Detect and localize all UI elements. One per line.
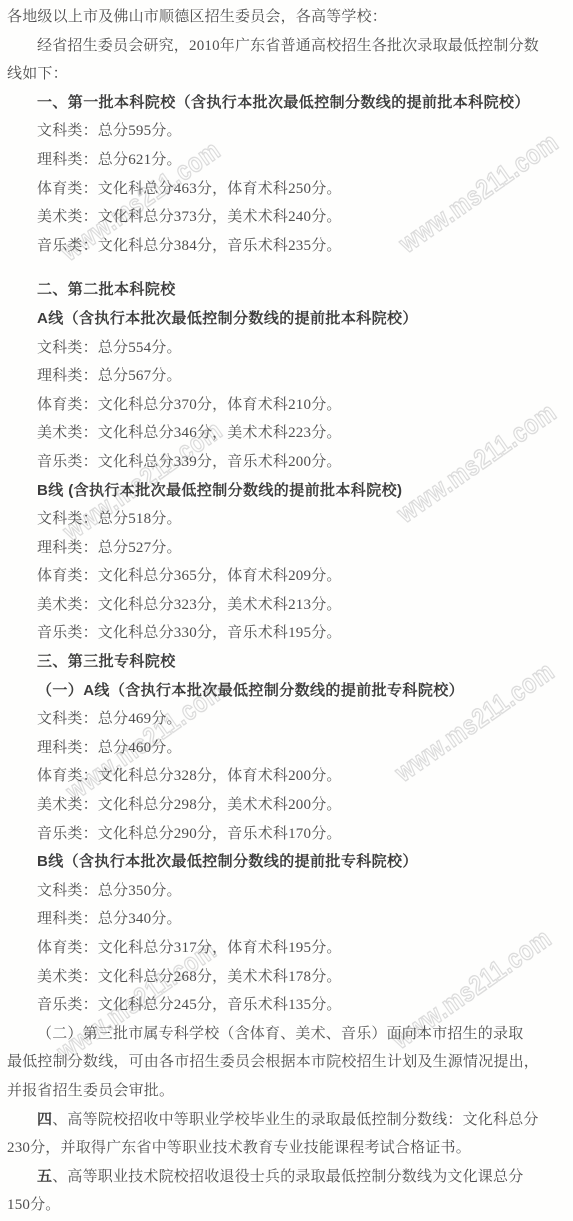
- text-line: 音乐类：文化科总分339分，音乐术科200分。: [7, 448, 567, 477]
- text-line: 并报省招生委员会审批。: [7, 1077, 567, 1106]
- text-line: 理科类：总分621分。: [7, 146, 567, 175]
- text-line: 经省招生委员会研究，2010年广东省普通高校招生各批次录取最低控制分数: [7, 32, 567, 61]
- text-line: 体育类：文化科总分317分，体育术科195分。: [7, 934, 567, 963]
- heading-line: 四、高等院校招收中等职业学校毕业生的录取最低控制分数线：文化科总分: [7, 1106, 567, 1135]
- text-line: 理科类：总分340分。: [7, 905, 567, 934]
- text-line: 体育类：文化科总分463分，体育术科250分。: [7, 175, 567, 204]
- text-line: 文科类：总分518分。: [7, 505, 567, 534]
- text-line: 文科类：总分350分。: [7, 877, 567, 906]
- text-line: 最低控制分数线，可由各市招生委员会根据本市院校招生计划及生源情况提出，: [7, 1048, 567, 1077]
- heading-line: （一）A线（含执行本批次最低控制分数线的提前批专科院校）: [7, 677, 567, 706]
- text-line: 150分。: [7, 1191, 567, 1220]
- heading-number: 五: [37, 1168, 52, 1185]
- text-line: 线如下：: [7, 60, 567, 89]
- text-line: 体育类：文化科总分370分，体育术科210分。: [7, 391, 567, 420]
- text-line: 美术类：文化科总分373分，美术术科240分。: [7, 203, 567, 232]
- text-line: 美术类：文化科总分268分，美术术科178分。: [7, 963, 567, 992]
- text-line: 230分，并取得广东省中等职业技术教育专业技能课程考试合格证书。: [7, 1134, 567, 1163]
- text-line: 音乐类：文化科总分245分，音乐术科135分。: [7, 991, 567, 1020]
- heading-line: B线 (含执行本批次最低控制分数线的提前批本科院校): [7, 477, 567, 506]
- text-line: 各地级以上市及佛山市顺德区招生委员会，各高等学校：: [7, 3, 567, 32]
- document-body: 各地级以上市及佛山市顺德区招生委员会，各高等学校：经省招生委员会研究，2010年…: [7, 3, 567, 1220]
- text-line: （二）第三批市属专科学校（含体育、美术、音乐）面向本市招生的录取: [7, 1020, 567, 1049]
- blank-line: [7, 260, 567, 276]
- text-line: 美术类：文化科总分346分，美术术科223分。: [7, 419, 567, 448]
- text-line: 理科类：总分567分。: [7, 362, 567, 391]
- text-line: 美术类：文化科总分298分，美术术科200分。: [7, 791, 567, 820]
- heading-line: A线（含执行本批次最低控制分数线的提前批本科院校）: [7, 305, 567, 334]
- heading-line: 五、高等职业技术院校招收退役士兵的录取最低控制分数线为文化课总分: [7, 1163, 567, 1192]
- heading-line: 三、第三批专科院校: [7, 648, 567, 677]
- heading-number: 四: [37, 1111, 52, 1128]
- text-line: 理科类：总分460分。: [7, 734, 567, 763]
- heading-line: 一、第一批本科院校（含执行本批次最低控制分数线的提前批本科院校）: [7, 89, 567, 118]
- text-line: 音乐类：文化科总分384分，音乐术科235分。: [7, 232, 567, 261]
- heading-line: B线（含执行本批次最低控制分数线的提前批专科院校）: [7, 848, 567, 877]
- heading-line: 二、第二批本科院校: [7, 276, 567, 305]
- text-line: 文科类：总分595分。: [7, 117, 567, 146]
- text-line: 文科类：总分554分。: [7, 334, 567, 363]
- document-page: 各地级以上市及佛山市顺德区招生委员会，各高等学校：经省招生委员会研究，2010年…: [0, 0, 573, 1220]
- text-line: 美术类：文化科总分323分，美术术科213分。: [7, 591, 567, 620]
- text-line: 理科类：总分527分。: [7, 534, 567, 563]
- text-line: 文科类：总分469分。: [7, 705, 567, 734]
- text-line: 体育类：文化科总分365分，体育术科209分。: [7, 562, 567, 591]
- text-line: 音乐类：文化科总分330分，音乐术科195分。: [7, 619, 567, 648]
- text-line: 体育类：文化科总分328分，体育术科200分。: [7, 762, 567, 791]
- text-line: 音乐类：文化科总分290分，音乐术科170分。: [7, 820, 567, 849]
